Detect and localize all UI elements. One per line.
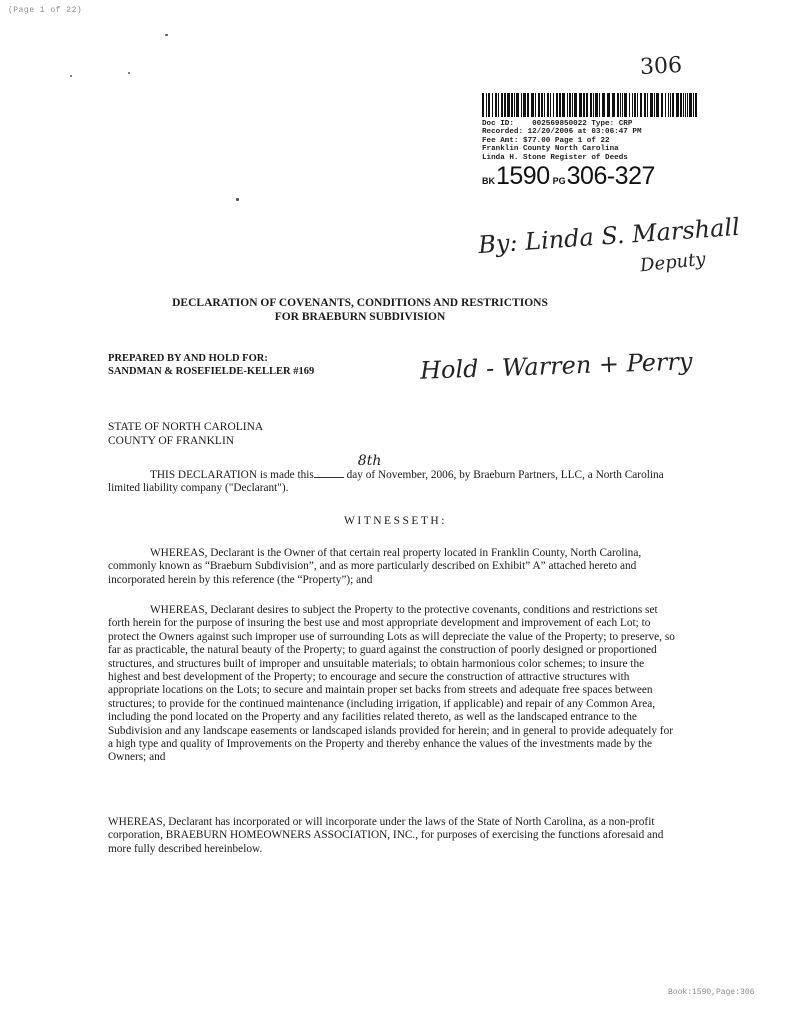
barcode-bar [654,93,655,117]
barcode-bar [553,93,554,117]
barcode-bar [544,93,545,117]
barcode-bar [644,93,646,117]
declaration-paragraph: THIS DECLARATION is made this8th day of … [108,467,678,496]
barcode-icon [482,93,700,117]
barcode-bar [523,93,526,117]
barcode-bar [488,93,490,117]
book-page-reference: BK 1590 PG 306-327 [482,162,712,191]
handwritten-hold-note: Hold - Warren + Perry [420,347,693,384]
barcode-bar [579,93,582,117]
barcode-bar [541,93,543,117]
barcode-bar [501,93,503,117]
barcode-bar [617,93,619,117]
barcode-bar [486,93,487,117]
title-line: FOR BRAEBURN SUBDIVISION [0,310,720,324]
barcode-bar [538,93,540,117]
barcode-bar [593,93,594,117]
recording-details: Doc ID: 002569850022 Type: CRP Recorded:… [482,120,712,162]
jurisdiction-block: STATE OF NORTH CAROLINA COUNTY OF FRANKL… [108,420,263,448]
barcode-bar [511,93,513,117]
barcode-bar [516,93,519,117]
scan-speck [70,75,72,77]
barcode-bar [629,93,630,117]
barcode-bar [572,93,573,117]
whereas-paragraph-1: WHEREAS, Declarant is the Owner of that … [108,547,678,587]
barcode-bar [637,93,638,117]
barcode-bar [547,93,549,117]
barcode-bar [683,93,684,117]
barcode-bar [586,93,588,117]
county-line: COUNTY OF FRANKLIN [108,434,263,448]
state-line: STATE OF NORTH CAROLINA [108,420,263,434]
barcode-bar [504,93,506,117]
barcode-bar [590,93,592,117]
scan-page-footer: Book:1590,Page:306 [668,988,754,997]
barcode-bar [559,93,561,117]
barcode-bar [527,93,529,117]
barcode-bar [567,93,568,117]
book-label: BK [482,176,495,186]
scan-speck [236,198,239,201]
barcode-bar [583,93,585,117]
recording-stamp: Doc ID: 002569850022 Type: CRP Recorded:… [482,93,712,191]
barcode-bar [482,93,484,117]
barcode-bar [492,93,493,117]
barcode-bar [668,93,669,117]
scan-page-header: (Page 1 of 22) [8,6,82,15]
barcode-bar [685,93,686,117]
date-blank: 8th [314,467,344,478]
barcode-bar [535,93,536,117]
barcode-bar [676,93,679,117]
barcode-bar [632,93,633,117]
deputy-title-handwritten: Deputy [639,249,706,277]
barcode-bar [647,93,648,117]
barcode-bar [665,93,666,117]
barcode-bar [574,93,577,117]
barcode-bar [670,93,671,117]
prepared-by-label: PREPARED BY AND HOLD FOR: [108,352,314,365]
barcode-bar [672,93,674,117]
barcode-bar [620,93,621,117]
barcode-bar [624,93,627,117]
barcode-bar [556,93,558,117]
barcode-bar [531,93,534,117]
barcode-bar [595,93,598,117]
barcode-bar [695,93,697,117]
barcode-bar [498,93,499,117]
barcode-bar [599,93,600,117]
barcode-bar [661,93,663,117]
document-title: DECLARATION OF COVENANTS, CONDITIONS AND… [0,296,720,324]
barcode-bar [634,93,636,117]
barcode-bar [495,93,497,117]
book-number: 1590 [496,162,550,191]
barcode-bar [612,93,615,117]
scan-speck [128,72,130,74]
barcode-bar [602,93,605,117]
prepared-by-firm: SANDMAN & ROSEFIELDE-KELLER #169 [108,365,314,378]
barcode-bar [622,93,623,117]
barcode-bar [514,93,515,117]
barcode-bar [521,93,522,117]
declaration-text-start: THIS DECLARATION is made this [150,469,314,481]
witnesseth-heading: WITNESSETH: [0,515,791,527]
barcode-bar [640,93,642,117]
prepared-by-block: PREPARED BY AND HOLD FOR: SANDMAN & ROSE… [108,352,314,378]
barcode-bar [562,93,565,117]
scan-speck [165,34,168,36]
page-label: PG [553,176,566,186]
barcode-bar [507,93,510,117]
handwritten-day: 8th [316,455,382,468]
page-range: 306-327 [567,162,655,191]
barcode-bar [693,93,694,117]
barcode-bar [680,93,682,117]
barcode-bar [687,93,688,117]
barcode-bar [550,93,551,117]
whereas-paragraph-2: WHEREAS, Declarant desires to subject th… [108,604,678,765]
barcode-bar [689,93,692,117]
barcode-bar [650,93,653,117]
whereas-paragraph-3: WHEREAS, Declarant has incorporated or w… [108,816,678,856]
barcode-bar [569,93,571,117]
title-line: DECLARATION OF COVENANTS, CONDITIONS AND… [0,296,720,310]
barcode-bar [656,93,659,117]
handwritten-page-number: 306 [639,53,682,80]
barcode-bar [607,93,610,117]
